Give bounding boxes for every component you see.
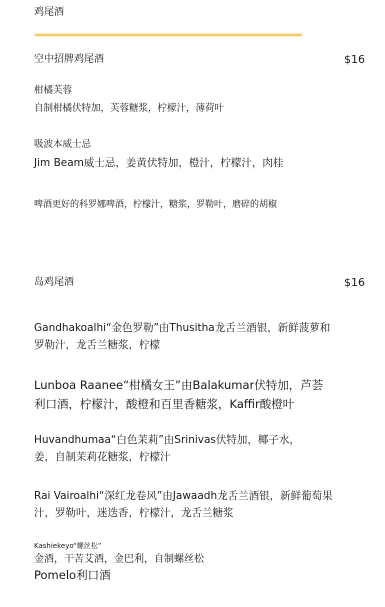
item-description: Jim Beam威士忌，姜黄伏特加，橙汁，柠檬汁，肉桂 xyxy=(34,156,283,171)
item-description: 自制柑橘伏特加，芙蓉糖浆，柠檬汁，薄荷叶 xyxy=(34,102,224,115)
item-name: 吸波本威士忌 xyxy=(34,138,91,151)
item-name: Kashiekeyo“螺丝松” xyxy=(34,541,101,551)
section-price-signature: $16 xyxy=(344,53,365,66)
item-description-extra: Pomelo利口酒 xyxy=(34,568,111,583)
section-price-island: $16 xyxy=(344,276,365,289)
section-title-island: 岛鸡尾酒 xyxy=(34,276,74,289)
item-description: 金酒，干苦艾酒，金巴利，自制螺丝松 xyxy=(34,553,204,566)
gold-divider xyxy=(35,34,302,36)
item-name: 柑橘芙蓉 xyxy=(34,84,72,97)
page-title: 鸡尾酒 xyxy=(34,6,64,19)
item-description: 啤酒更好的科罗娜啤酒，柠檬汁，糖浆，罗勒叶，磨碎的胡椒 xyxy=(34,198,296,213)
cocktail-menu: 鸡尾酒 空中招牌鸡尾酒 $16 柑橘芙蓉 自制柑橘伏特加，芙蓉糖浆，柠檬汁，薄荷… xyxy=(0,0,385,607)
item-description: Gandhakoalhi“金色罗勒”由Thusitha龙舌兰酒银，新鲜菠萝和罗勒… xyxy=(34,320,334,354)
item-description: Rai Vairoalhi“深红龙卷风”由Jawaadh龙舌兰酒银，新鲜葡萄果汁… xyxy=(34,488,346,522)
section-title-signature: 空中招牌鸡尾酒 xyxy=(34,53,104,66)
item-description: Huvandhumaa“白色茉莉”由Srinivas伏特加，椰子水，姜，自制茉莉… xyxy=(34,432,319,466)
item-description: Lunboa Raanee“柑橘女王”由Balakumar伏特加，芦荟利口酒，柠… xyxy=(34,376,334,414)
